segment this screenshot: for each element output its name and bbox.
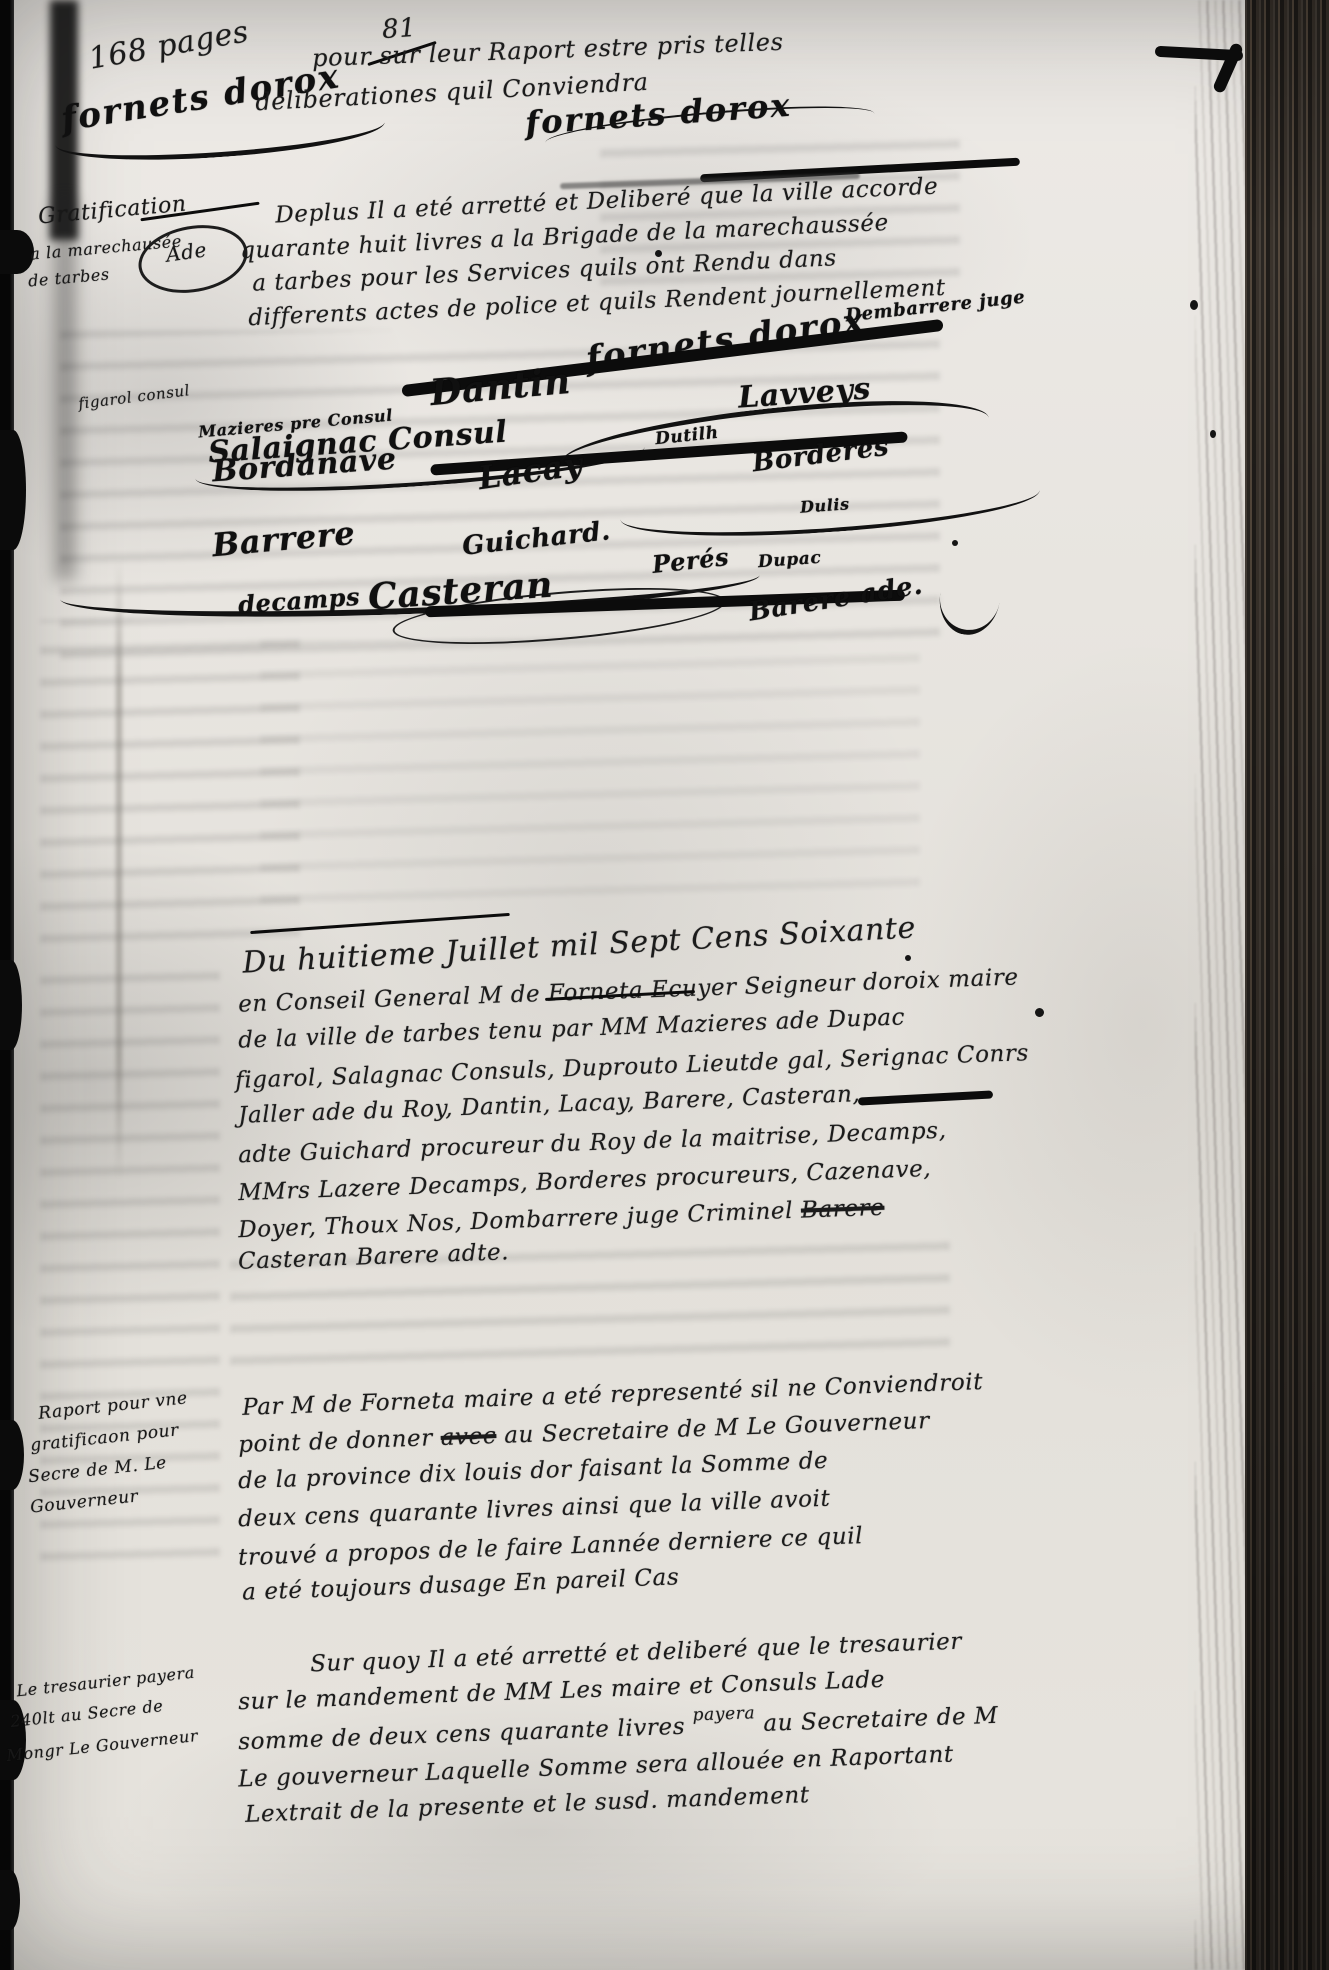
margin-note-tresaurier: 240lt au Secre de [9, 1696, 164, 1731]
rapport-line: trouvé a propos de le faire Lannée derni… [238, 1523, 864, 1571]
ink-dot [1210, 430, 1216, 438]
struck-word: Barere [801, 1195, 885, 1224]
ink-dot [1190, 300, 1198, 310]
margin-note-tresaurier: Mongr Le Gouverneur [6, 1726, 199, 1765]
strikethrough-blot [858, 1090, 993, 1105]
ink-dot [1035, 1008, 1044, 1017]
ink-smudge [0, 430, 26, 550]
manuscript-page: 81 168 pages fornets dorox pour sur leur… [0, 0, 1329, 1970]
resolution-line-text: au Secretaire de M [763, 1703, 999, 1737]
ink-smudge [0, 230, 34, 274]
book-fore-edge [1245, 0, 1329, 1970]
rapport-line-text: au Secretaire de M Le Gouverneur [504, 1408, 930, 1449]
ink-dot [952, 540, 958, 546]
struck-word: avec [440, 1423, 496, 1451]
session-line-text: Doyer, Thoux Nos, Dombarrere juge Crimin… [238, 1198, 794, 1243]
ink-smudge [0, 960, 22, 1050]
page-crinkle [1195, 0, 1249, 1970]
session-line: Du huitieme Juillet mil Sept Cens Soixan… [242, 910, 917, 980]
pages-count-note: 168 pages [86, 14, 251, 77]
signature-dulis: Dulis [799, 494, 850, 516]
resolution-line-text: somme de deux cens quarante livres [238, 1714, 686, 1756]
ink-smudge [0, 1870, 20, 1930]
margin-note-tresaurier: Le tresaurier payera [15, 1663, 195, 1701]
rapport-line: a eté toujours dusage En pareil Cas [242, 1564, 680, 1605]
signature-flourish [934, 555, 1006, 639]
margin-note-gratification: de tarbes [27, 264, 110, 290]
ink-smudge [0, 1420, 24, 1490]
bleedthrough-texture [260, 640, 920, 910]
rapport-line: deux cens quarante livres ainsi que la v… [238, 1486, 831, 1533]
rapport-line-text: point de donner [238, 1425, 434, 1458]
paper-crease [116, 560, 122, 1180]
ink-dot [905, 955, 911, 961]
ink-dot [655, 250, 662, 257]
interlinear-insertion: payera [692, 1703, 755, 1725]
